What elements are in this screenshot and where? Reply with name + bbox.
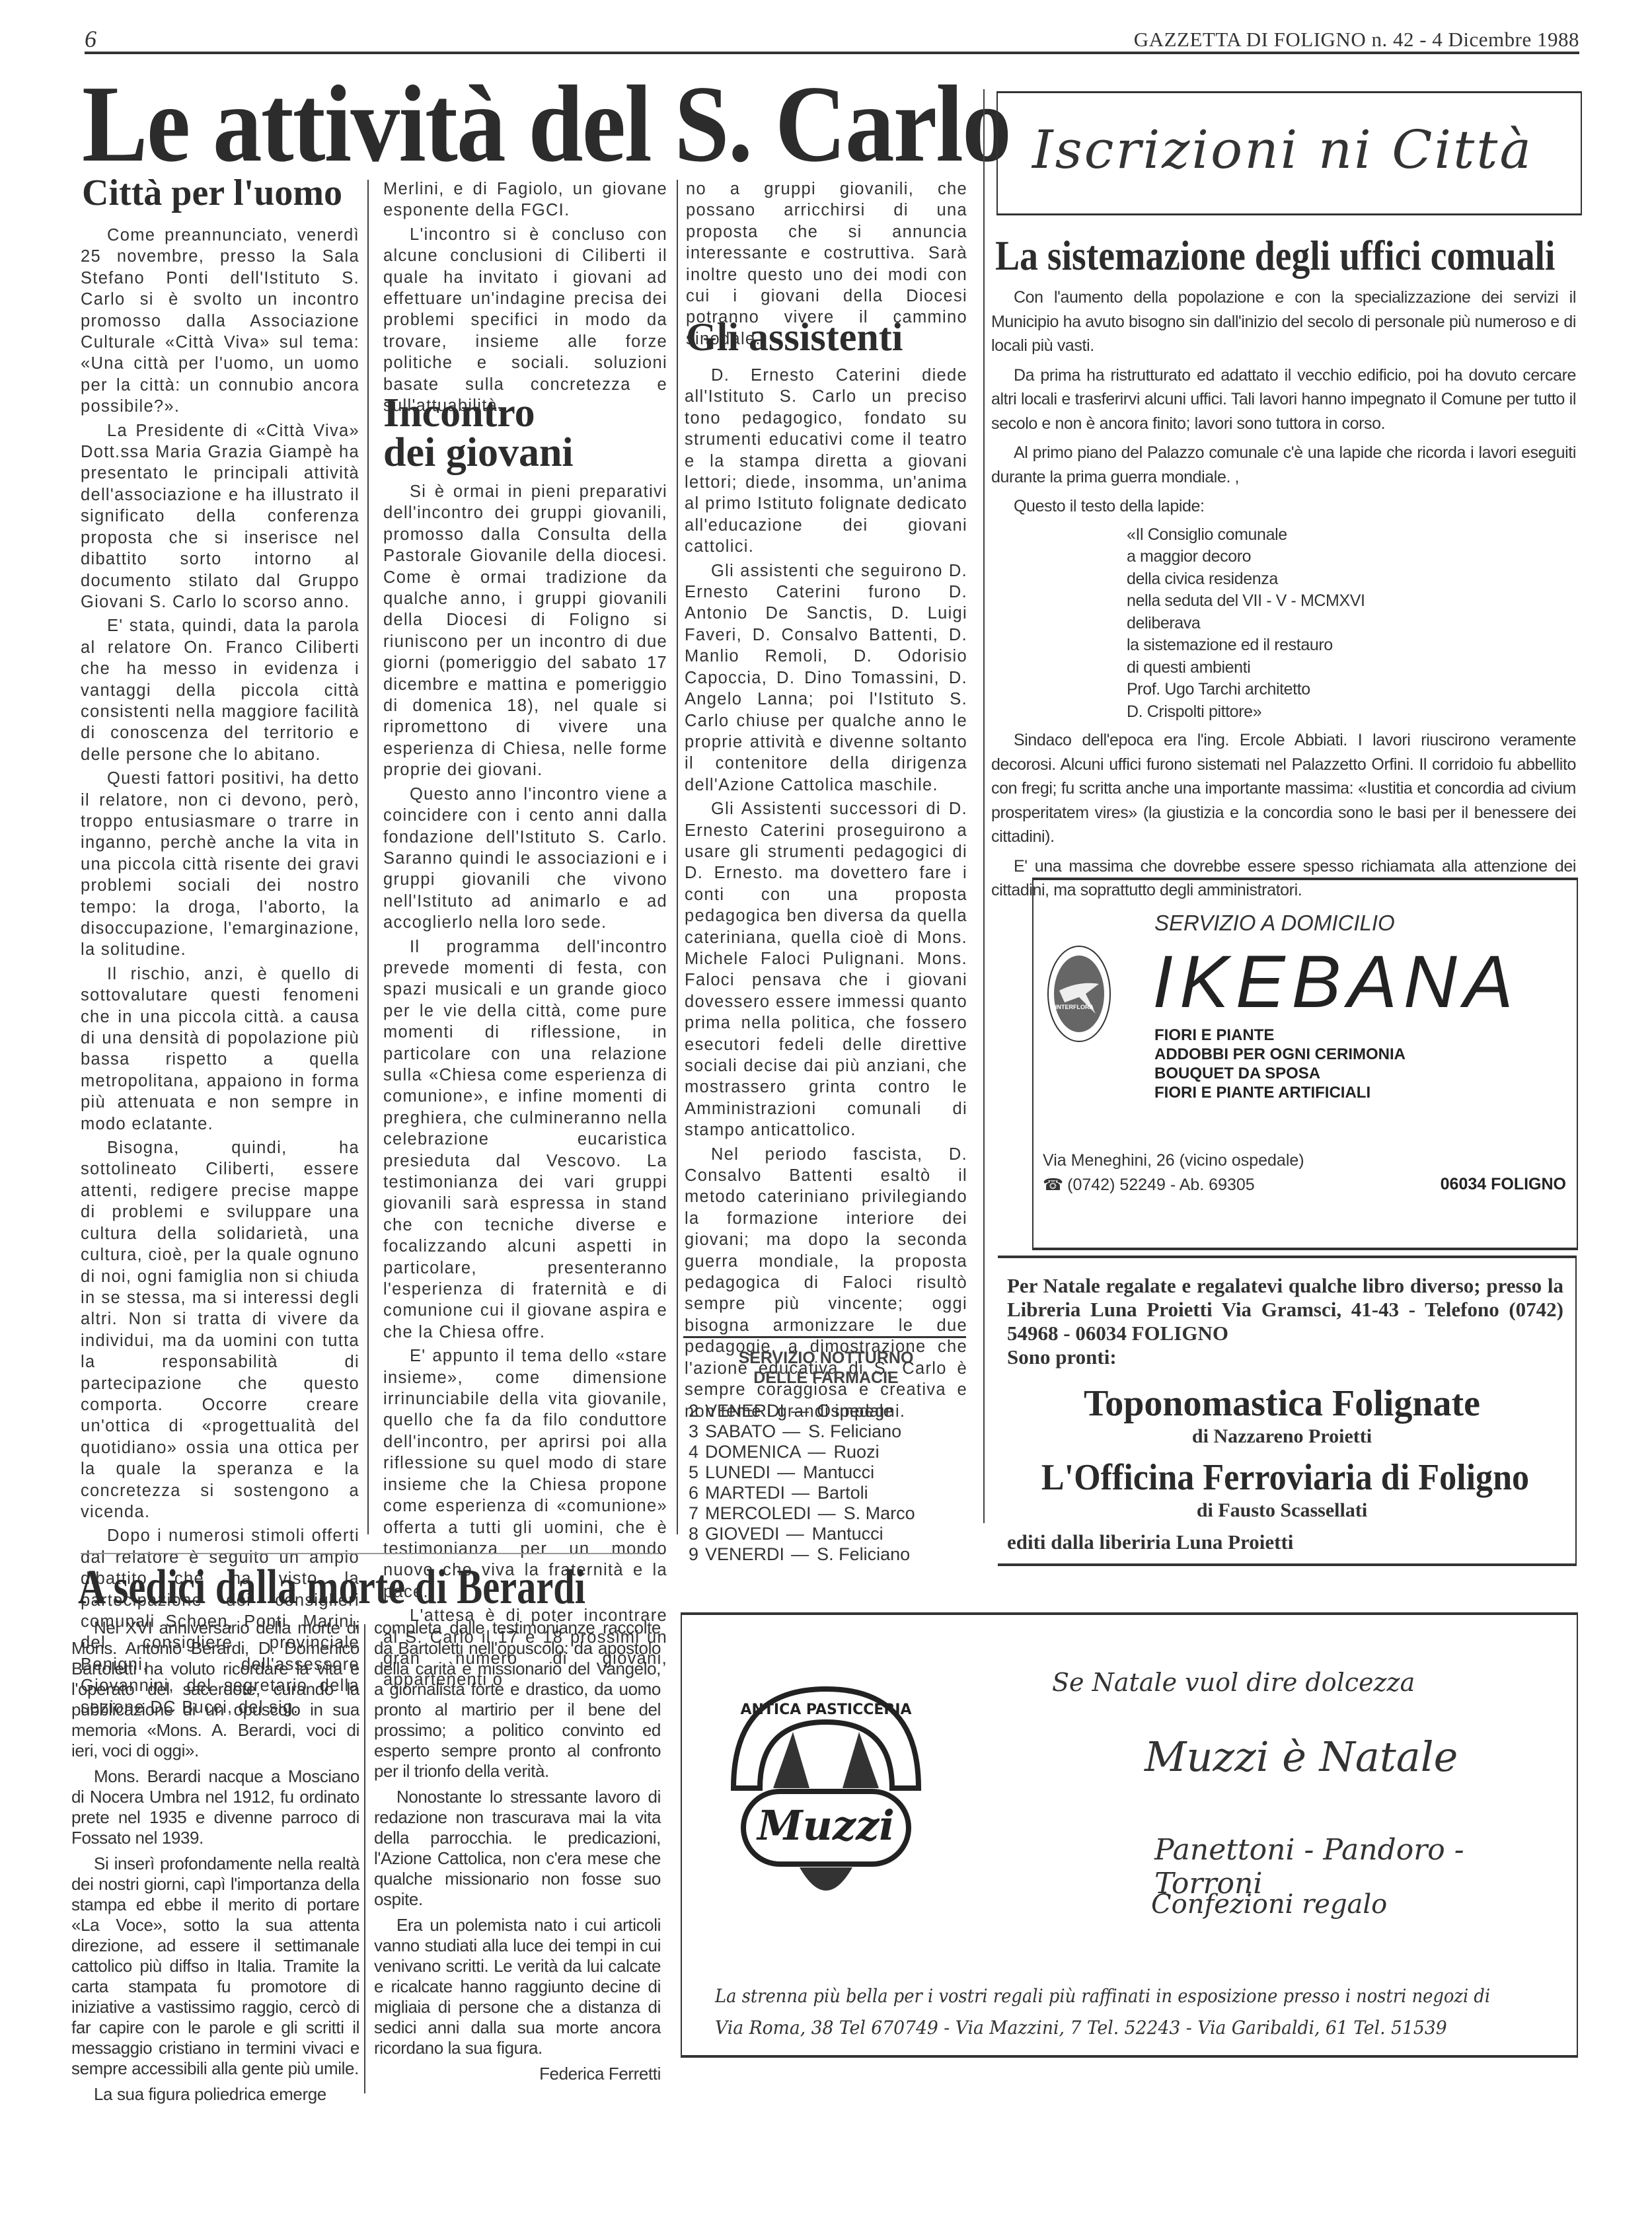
separator: — <box>808 1442 826 1462</box>
service-item: BOUQUET DA SPOSA <box>1154 1064 1406 1083</box>
farmacia-name: S. Marco <box>844 1503 915 1523</box>
ikebana-name: IKEBANA <box>1152 942 1520 1022</box>
page-number: 6 <box>85 25 96 53</box>
farmacia-row: 6MARTEDI—Bartoli <box>681 1483 971 1503</box>
paragraph: Era un polemista nato i cui articoli van… <box>374 1915 661 2058</box>
paragraph: La sua figura poliedrica emerge <box>71 2084 359 2105</box>
paragraph: D. Ernesto Caterini diede all'Istituto S… <box>685 365 967 558</box>
berardi-title: A sedici dalla morte di Berardi <box>78 1561 585 1614</box>
service-item: ADDOBBI PER OGNI CERIMONIA <box>1154 1045 1406 1064</box>
paragraph: E' stata, quindi, data la parola al rela… <box>81 615 359 765</box>
column-divider <box>367 180 369 1534</box>
iscrizioni-banner-box: Iscrizioni ni Città <box>996 91 1582 215</box>
book1-author: di Nazzareno Proietti <box>998 1425 1566 1448</box>
muzzi-line4: Confezioni regalo <box>1151 1889 1387 1920</box>
farmacia-row: 4DOMENICA—Ruozi <box>681 1442 971 1462</box>
article-citta-body: Come preannunciato, venerdì 25 novembre,… <box>81 225 359 1721</box>
interflora-logo-icon <box>1046 944 1112 1043</box>
separator: — <box>777 1462 795 1482</box>
farmacia-day: 2 <box>689 1401 698 1421</box>
farmacie-title: SERVIZIO NOTTURNO <box>681 1348 971 1368</box>
muzzi-logo: Muzzi ANTICA PASTICCERIA <box>720 1676 826 1914</box>
paragraph: Merlini, e di Fagiolo, un giovane espone… <box>383 178 667 221</box>
farmacia-day: 3 <box>689 1421 698 1441</box>
header-rule <box>85 52 1579 54</box>
farmacie-title: DELLE FARMACIE <box>681 1368 971 1388</box>
paragraph: Si è ormai in pieni preparativi dell'inc… <box>383 481 667 781</box>
paragraph: Questo anno l'incontro viene a coincider… <box>383 784 667 934</box>
paragraph: Gli Assistenti successori di D. Ernesto … <box>685 798 967 1141</box>
farmacia-name: Ruozi <box>834 1442 880 1462</box>
separator: — <box>791 1544 809 1564</box>
ikebana-tagline: SERVIZIO A DOMICILIO <box>1154 911 1395 936</box>
paragraph: Sindaco dell'epoca era l'ing. Ercole Abb… <box>991 728 1576 849</box>
service-item: FIORI E PIANTE <box>1154 1026 1406 1045</box>
lapide-text: «Il Consiglio comunalea maggior decorode… <box>991 524 1576 724</box>
book1-title: Toponomastica Folignate <box>998 1382 1566 1425</box>
farmacia-row: 8GIOVEDI—Mantucci <box>681 1524 971 1544</box>
farmacia-row: 7MERCOLEDI—S. Marco <box>681 1503 971 1524</box>
farmacia-name: S. Feliciano <box>808 1421 901 1441</box>
ad-ikebana: SERVIZIO A DOMICILIO INTERFLORA IKEBANA … <box>1032 878 1578 1250</box>
farmacia-day: 9 <box>689 1544 698 1564</box>
farmacia-weekday: MARTEDI <box>705 1483 785 1503</box>
book2-author: di Fausto Scassellati <box>998 1499 1566 1522</box>
column-divider <box>983 89 985 1523</box>
ikebana-city: 06034 FOLIGNO <box>1441 1175 1566 1194</box>
article-citta-continuation: Merlini, e di Fagiolo, un giovane espone… <box>383 178 667 419</box>
phone-icon: ☎ <box>1043 1176 1063 1194</box>
article-assistenti-body: D. Ernesto Caterini diede all'Istituto S… <box>685 365 967 1425</box>
farmacia-row: 3SABATO—S. Feliciano <box>681 1421 971 1442</box>
farmacia-weekday: VENERDI <box>705 1544 784 1564</box>
lapide-line: «Il Consiglio comunale <box>1127 524 1576 546</box>
paragraph: L'incontro si è concluso con alcune conc… <box>383 224 667 417</box>
title-line: dei giovani <box>383 433 574 472</box>
farmacia-name: Ospedale <box>817 1401 893 1421</box>
farmacia-name: Bartoli <box>817 1483 868 1503</box>
ad-libreria: Per Natale regalate e regalatevi qualche… <box>998 1256 1577 1566</box>
ikebana-phone-line: ☎(0742) 52249 - Ab. 69305 <box>1043 1175 1255 1195</box>
farmacie-box: SERVIZIO NOTTURNO DELLE FARMACIE 2VENERD… <box>681 1348 971 1565</box>
muzzi-logo-icon: Muzzi ANTICA PASTICCERIA <box>720 1676 932 1927</box>
article-title-citta: Città per l'uomo <box>82 173 342 213</box>
paragraph: Questo il testo della lapide: <box>991 494 1576 519</box>
lapide-line: di questi ambienti <box>1127 657 1576 679</box>
muzzi-footer2: Via Roma, 38 Tel 670749 - Via Mazzini, 7… <box>715 2017 1447 2039</box>
farmacia-name: S. Feliciano <box>817 1544 910 1564</box>
paragraph: Si inserì profondamente nella realtà dei… <box>71 1854 359 2079</box>
libreria-intro: Per Natale regalate e regalatevi qualche… <box>1007 1274 1563 1345</box>
paragraph: Da prima ha ristrutturato ed adattato il… <box>991 363 1576 436</box>
article-title-incontro: Incontro dei giovani <box>383 393 574 472</box>
iscrizioni-title: La sistemazione degli uffici comuali <box>995 233 1555 279</box>
ikebana-services: FIORI E PIANTE ADDOBBI PER OGNI CERIMONI… <box>1154 1026 1406 1102</box>
separator: — <box>786 1524 804 1544</box>
farmacia-weekday: GIOVEDI <box>705 1524 780 1544</box>
farmacia-weekday: MERCOLEDI <box>705 1503 811 1523</box>
paragraph: Mons. Berardi nacque a Mosciano di Nocer… <box>71 1766 359 1848</box>
berardi-col1: Nel XVI anniversario della morte di Mons… <box>71 1618 359 2110</box>
paragraph: Nonostante lo stressante lavoro di redaz… <box>374 1787 661 1910</box>
separator: — <box>818 1503 836 1523</box>
title-line: Incontro <box>383 393 574 433</box>
paragraph: Nel XVI anniversario della morte di Mons… <box>71 1618 359 1761</box>
farmacia-day: 4 <box>689 1442 698 1462</box>
column-divider <box>677 180 678 1534</box>
svg-text:ANTICA PASTICCERIA: ANTICA PASTICCERIA <box>740 1702 911 1718</box>
separator: — <box>792 1483 809 1503</box>
berardi-rule <box>81 1553 659 1554</box>
paragraph: Gli assistenti che seguirono D. Ernesto … <box>685 560 967 796</box>
farmacia-day: 6 <box>689 1483 698 1503</box>
libreria-footer: editi dalla liberiria Luna Proietti <box>1007 1530 1293 1554</box>
farmacie-list: 2VENERDI—Ospedale3SABATO—S. Feliciano4DO… <box>681 1401 971 1565</box>
service-item: FIORI E PIANTE ARTIFICIALI <box>1154 1083 1406 1102</box>
paragraph: Il rischio, anzi, è quello di sottovalut… <box>81 963 359 1135</box>
lapide-line: deliberava <box>1127 613 1576 635</box>
farmacia-weekday: LUNEDI <box>705 1462 770 1482</box>
article-incontro-body: Si è ormai in pieni preparativi dell'inc… <box>383 481 667 1694</box>
paragraph: Questi fattori positivi, ha detto il rel… <box>81 768 359 961</box>
farmacia-day: 8 <box>689 1524 698 1544</box>
farmacia-weekday: SABATO <box>705 1421 776 1441</box>
lapide-line: a maggior decoro <box>1127 546 1576 568</box>
paragraph: Il programma dell'incontro prevede momen… <box>383 936 667 1343</box>
masthead: GAZZETTA DI FOLIGNO n. 42 - 4 Dicembre 1… <box>1134 28 1579 52</box>
lapide-line: la sistemazione ed il restauro <box>1127 634 1576 657</box>
muzzi-line1: Se Natale vuol dire dolcezza <box>1052 1668 1415 1697</box>
libreria-ready: Sono pronti: <box>1007 1345 1117 1369</box>
lapide-line: D. Crispolti pittore» <box>1127 701 1576 724</box>
muzzi-footer1: La strenna più bella per i vostri regali… <box>715 1985 1490 2007</box>
paragraph: Come preannunciato, venerdì 25 novembre,… <box>81 225 359 418</box>
separator: — <box>791 1401 809 1421</box>
farmacie-rule <box>683 1336 966 1338</box>
muzzi-line2: Muzzi è Natale <box>1145 1733 1458 1781</box>
column-divider <box>364 1624 365 2093</box>
ad-muzzi: Muzzi ANTICA PASTICCERIA Se Natale vuol … <box>681 1612 1578 2058</box>
paragraph: completa dalle testimonianze raccolte da… <box>374 1618 661 1782</box>
farmacia-name: Mantucci <box>803 1462 874 1482</box>
paragraph: La Presidente di «Città Viva» Dott.ssa M… <box>81 420 359 613</box>
lapide-line: nella seduta del VII - V - MCMXVI <box>1127 590 1576 613</box>
iscrizioni-body: Con l'aumento della popolazione e con la… <box>991 285 1576 908</box>
farmacia-day: 5 <box>689 1462 698 1482</box>
farmacia-name: Mantucci <box>812 1524 883 1544</box>
interflora-text: INTERFLORA <box>1055 1004 1094 1010</box>
book2-title: L'Officina Ferroviaria di Foligno <box>1024 1456 1547 1499</box>
farmacia-weekday: VENERDI <box>705 1401 784 1421</box>
farmacia-row: 9VENERDI—S. Feliciano <box>681 1544 971 1565</box>
iscrizioni-banner: Iscrizioni ni Città <box>1032 117 1533 183</box>
paragraph: Con l'aumento della popolazione e con la… <box>991 285 1576 358</box>
paragraph: Al primo piano del Palazzo comunale c'è … <box>991 441 1576 489</box>
article-title-assistenti: Gli assistenti <box>686 316 903 358</box>
lapide-line: Prof. Ugo Tarchi architetto <box>1127 679 1576 701</box>
berardi-col2: completa dalle testimonianze raccolte da… <box>374 1618 661 2084</box>
separator: — <box>782 1421 800 1441</box>
author-byline: Federica Ferretti <box>374 2064 661 2084</box>
main-headline: Le attività del S. Carlo <box>82 74 1010 173</box>
farmacia-row: 5LUNEDI—Mantucci <box>681 1462 971 1483</box>
farmacia-day: 7 <box>689 1503 698 1523</box>
muzzi-logo-text: Muzzi <box>756 1801 895 1850</box>
farmacia-row: 2VENERDI—Ospedale <box>681 1401 971 1421</box>
lapide-line: della civica residenza <box>1127 568 1576 591</box>
interflora-logo: INTERFLORA <box>1046 944 1112 1043</box>
ikebana-address: Via Meneghini, 26 (vicino ospedale) <box>1043 1151 1304 1170</box>
paragraph: Bisogna, quindi, ha sottolineato Ciliber… <box>81 1137 359 1522</box>
ikebana-phone: (0742) 52249 - Ab. 69305 <box>1067 1176 1255 1194</box>
farmacia-weekday: DOMENICA <box>705 1442 802 1462</box>
